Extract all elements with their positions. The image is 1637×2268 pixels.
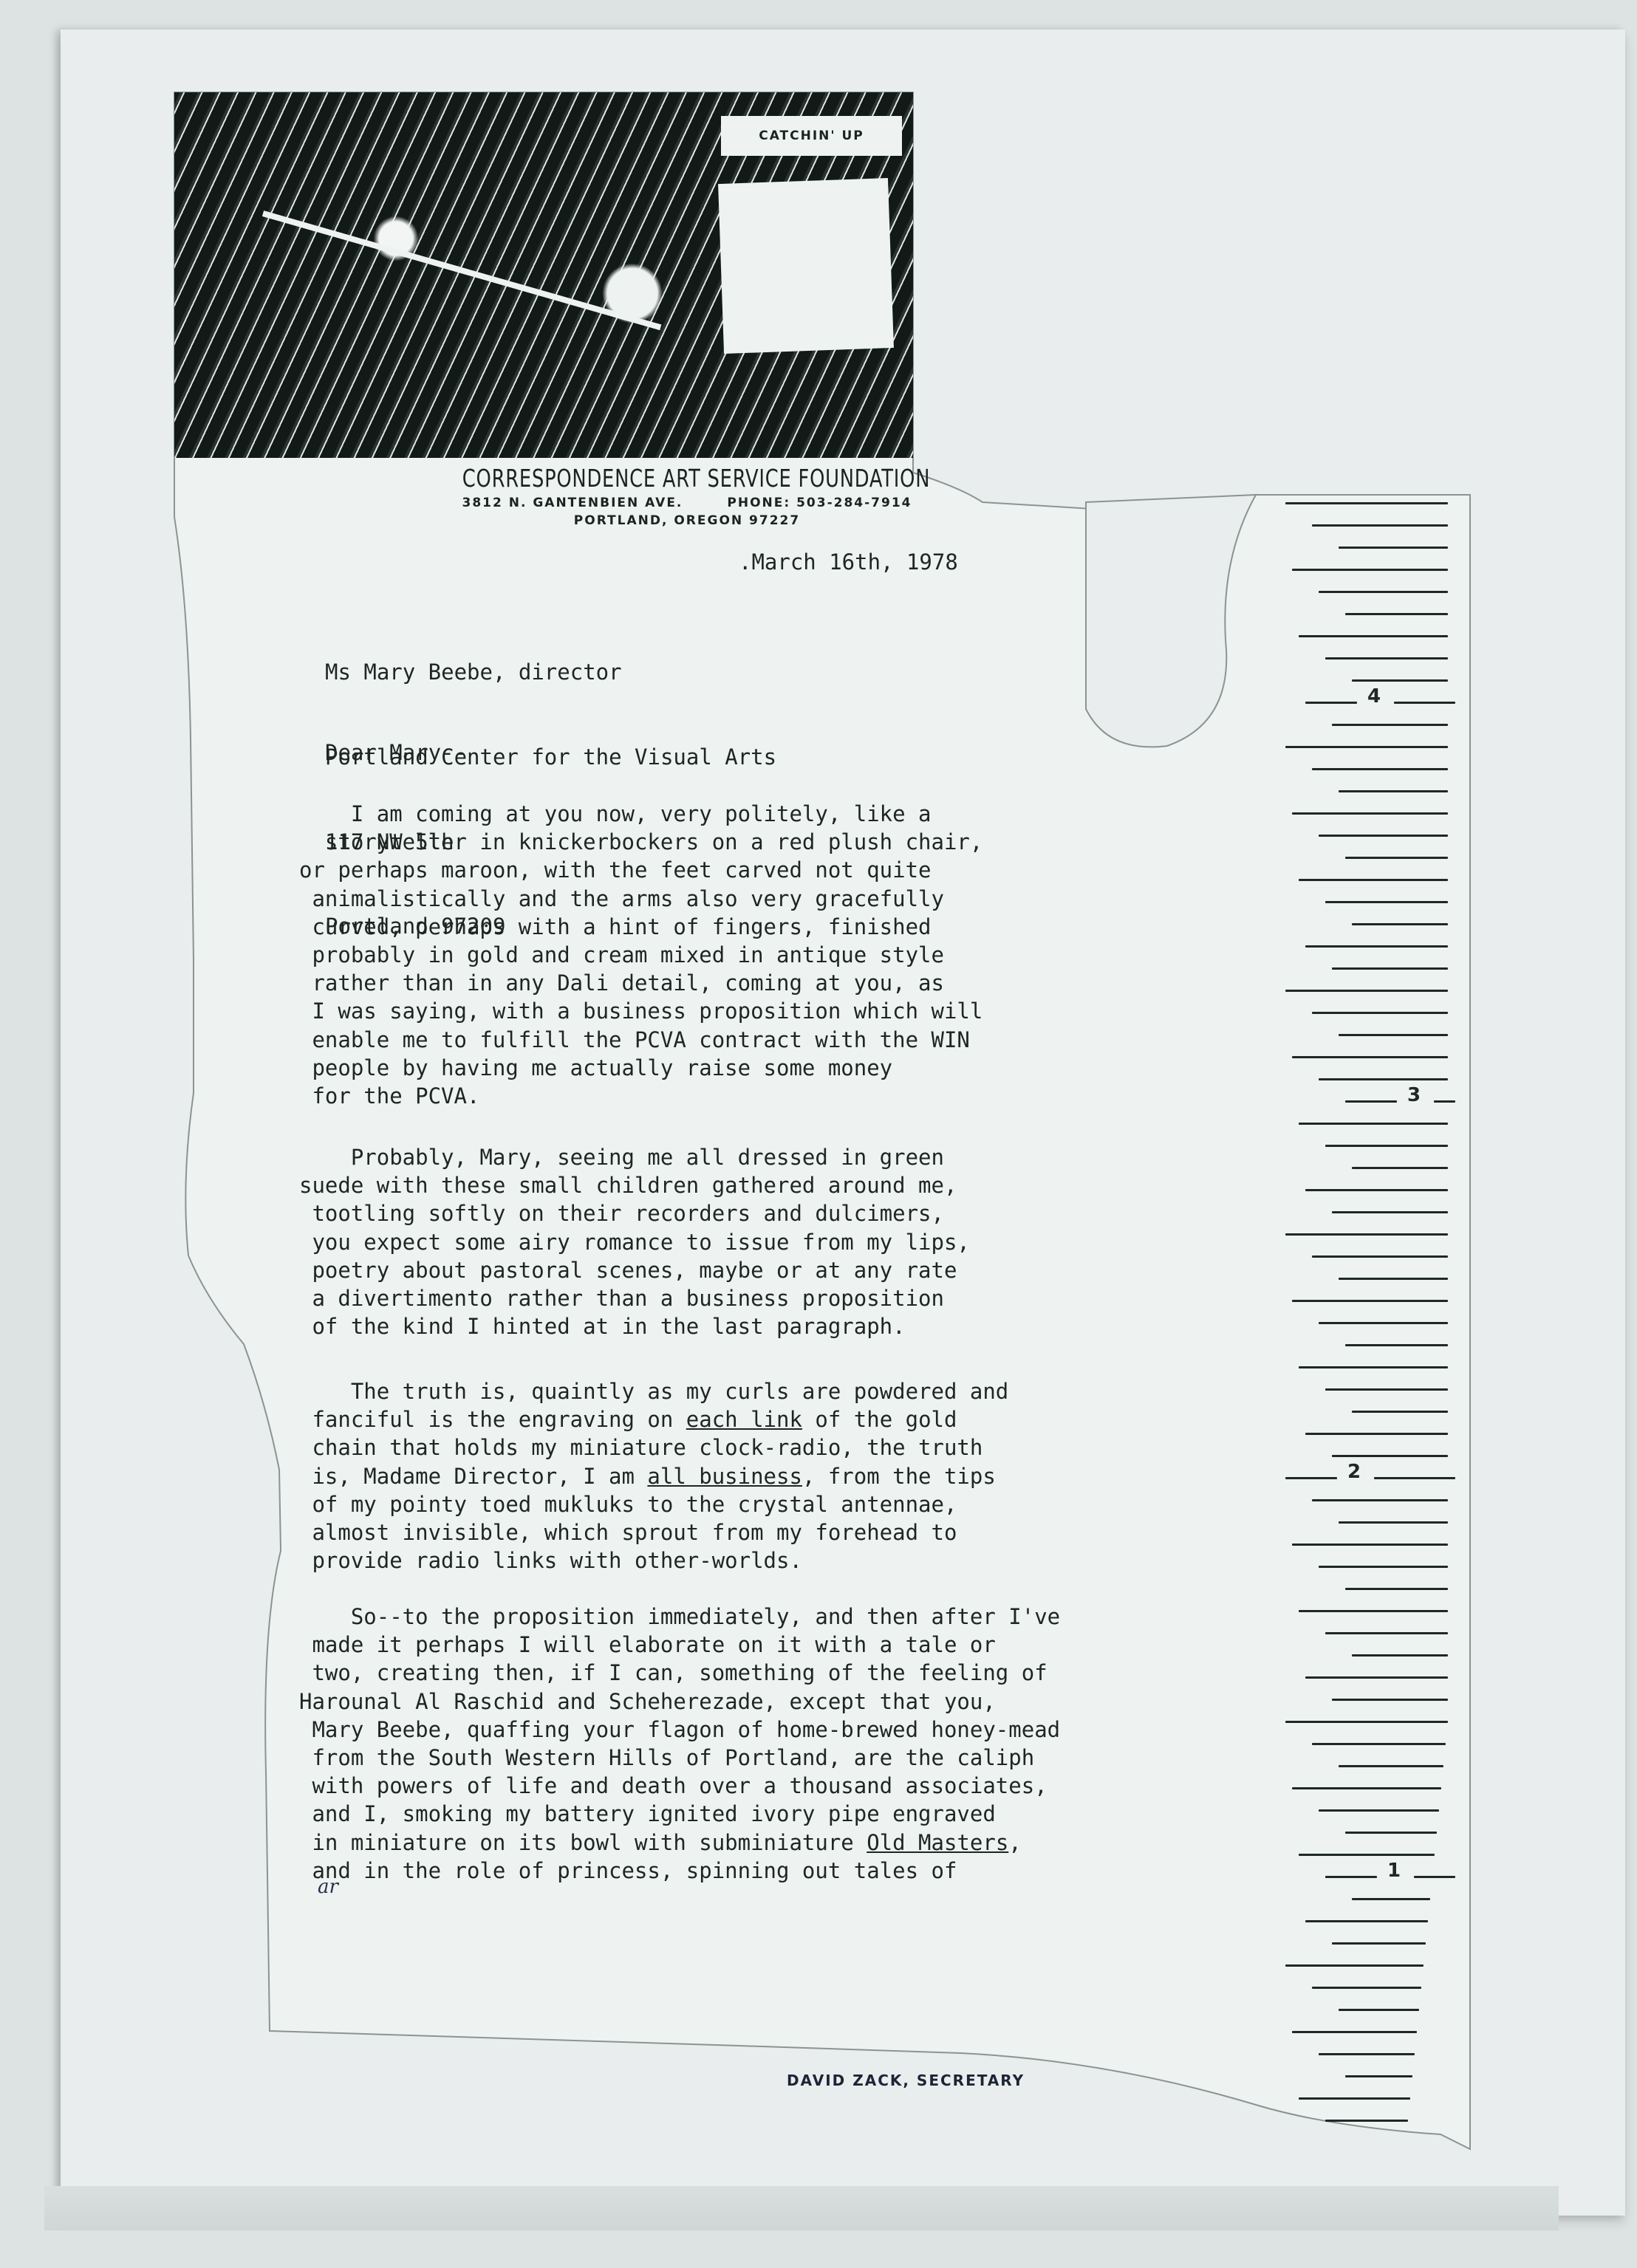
paragraph: So--to the proposition immediately, and … (299, 1603, 1060, 1885)
typed-line: of the kind I hinted at in the last para… (299, 1312, 970, 1340)
organization-name: CORRESPONDENCE ART SERVICE FOUNDATION (462, 464, 912, 493)
typed-line: probably in gold and cream mixed in anti… (299, 941, 982, 969)
ruler-tick (1285, 1964, 1424, 1967)
ruler-tick (1345, 613, 1448, 615)
ruler-tick (1339, 1278, 1448, 1280)
ruler-tick (1339, 2009, 1419, 2011)
typed-line: is, Madame Director, I am all business, … (299, 1462, 1008, 1490)
ruler-tick (1345, 1832, 1437, 1834)
typed-line: chain that holds my miniature clock-radi… (299, 1433, 1008, 1462)
ruler-strip: 4321 (1256, 502, 1463, 2149)
ruler-tick (1339, 1765, 1443, 1767)
ruler-tick (1325, 2120, 1408, 2122)
ruler-tick (1299, 1854, 1435, 1856)
photo-detail (718, 178, 894, 354)
typed-line: Probably, Mary, seeing me all dressed in… (299, 1143, 970, 1171)
typed-line: in miniature on its bowl with subminiatu… (299, 1829, 1060, 1857)
ruler-tick (1285, 1721, 1448, 1723)
ruler-tick (1394, 702, 1455, 704)
ruler-tick (1325, 1145, 1448, 1147)
ruler-tick (1292, 812, 1448, 815)
ruler-tick (1332, 1942, 1426, 1945)
ruler-tick (1325, 1388, 1448, 1391)
ruler-tick (1312, 1499, 1448, 1501)
ruler-tick (1285, 746, 1448, 748)
ruler-tick (1312, 524, 1448, 527)
ruler-tick (1345, 1100, 1397, 1103)
ruler-tick (1332, 967, 1448, 970)
ruler-tick (1345, 1344, 1448, 1346)
ruler-tick (1299, 2097, 1410, 2100)
ruler-tick (1292, 1300, 1448, 1302)
typed-line: curved, perhaps with a hint of fingers, … (299, 913, 982, 941)
ruler-tick (1312, 768, 1448, 770)
ruler-tick (1325, 1876, 1377, 1878)
typed-line: So--to the proposition immediately, and … (299, 1603, 1060, 1631)
typed-line: with powers of life and death over a tho… (299, 1772, 1060, 1800)
ruler-tick (1285, 990, 1448, 992)
ruler-tick (1319, 1322, 1448, 1324)
ruler-tick (1312, 1743, 1446, 1745)
ruler-tick (1332, 1699, 1448, 1701)
letter-collage: CATCHIN' UP CORRESPONDENCE ART SERVICE F… (0, 0, 1637, 2268)
ruler-tick (1292, 569, 1448, 571)
ruler-tick (1319, 1566, 1448, 1568)
photo-detail (262, 210, 662, 330)
typed-line: for the PCVA. (299, 1082, 982, 1110)
ruler-tick (1292, 1544, 1448, 1546)
typed-line: two, creating then, if I can, something … (299, 1659, 1060, 1687)
typed-line: or perhaps maroon, with the feet carved … (299, 856, 982, 884)
ruler-tick (1325, 901, 1448, 903)
typed-line: tootling softly on their recorders and d… (299, 1199, 970, 1227)
ruler-tick (1285, 502, 1448, 504)
ruler-tick (1414, 1876, 1455, 1878)
salutation: Dear Mary-- (325, 739, 467, 767)
photo-caption: CATCHIN' UP (721, 116, 902, 156)
paragraph: The truth is, quaintly as my curls are p… (299, 1377, 1008, 1575)
ruler-tick (1305, 1189, 1448, 1191)
typed-line: fanciful is the engraving on each link o… (299, 1405, 1008, 1433)
ruler-tick (1312, 1012, 1448, 1014)
handwritten-mark: ar (318, 1876, 338, 1898)
ruler-tick (1374, 1477, 1455, 1479)
typed-line: made it perhaps I will elaborate on it w… (299, 1631, 1060, 1659)
ruler-tick (1352, 1654, 1448, 1657)
underlined-phrase: all business (647, 1464, 802, 1489)
ruler-tick (1352, 679, 1448, 682)
city-line: PORTLAND, OREGON 97227 (399, 513, 975, 528)
ruler-number: 1 (1387, 1860, 1401, 1882)
ruler-tick (1339, 790, 1448, 792)
ruler-number: 2 (1347, 1461, 1361, 1483)
ruler-number: 4 (1367, 685, 1381, 708)
ruler-tick (1345, 1588, 1448, 1590)
ruler-tick (1305, 1676, 1448, 1679)
ruler-tick (1319, 1809, 1439, 1812)
typed-line: storyteller in knickerbockers on a red p… (299, 828, 982, 856)
ruler-tick (1285, 1477, 1337, 1479)
ruler-tick (1292, 2031, 1417, 2033)
ruler-tick (1319, 1078, 1448, 1080)
recipient-line: Ms Mary Beebe, director (325, 658, 776, 686)
typed-line: Harounal Al Raschid and Scheherezade, ex… (299, 1688, 1060, 1716)
typed-line: I am coming at you now, very politely, l… (299, 800, 982, 828)
ruler-tick (1352, 1167, 1448, 1169)
ruler-tick (1352, 1898, 1430, 1900)
typed-line: enable me to fulfill the PCVA contract w… (299, 1026, 982, 1054)
ruler-tick (1325, 657, 1448, 659)
typed-line: rather than in any Dali detail, coming a… (299, 969, 982, 997)
ruler-tick (1299, 879, 1448, 881)
typed-line: from the South Western Hills of Portland… (299, 1744, 1060, 1772)
ruler-tick (1339, 1521, 1448, 1524)
letter-date: .March 16th, 1978 (739, 548, 958, 576)
ruler-tick (1319, 835, 1448, 837)
letterhead: CORRESPONDENCE ART SERVICE FOUNDATION 38… (399, 464, 975, 528)
typed-line: animalistically and the arms also very g… (299, 885, 982, 913)
ruler-tick (1345, 857, 1448, 859)
ruler-tick (1312, 1987, 1421, 1989)
typed-line: people by having me actually raise some … (299, 1054, 982, 1082)
ruler-tick (1339, 1034, 1448, 1036)
ruler-tick (1434, 1100, 1455, 1103)
ruler-tick (1305, 702, 1357, 704)
ruler-tick (1305, 945, 1448, 948)
ruler-tick (1285, 1233, 1448, 1236)
underlined-phrase: Old Masters (867, 1830, 1008, 1855)
typed-line: you expect some airy romance to issue fr… (299, 1228, 970, 1256)
ruler-tick (1292, 1787, 1441, 1789)
typed-line: and I, smoking my battery ignited ivory … (299, 1800, 1060, 1828)
paragraph: Probably, Mary, seeing me all dressed in… (299, 1143, 970, 1340)
typed-line: suede with these small children gathered… (299, 1171, 970, 1199)
typed-line: and in the role of princess, spinning ou… (299, 1857, 1060, 1885)
typed-line: provide radio links with other-worlds. (299, 1546, 1008, 1575)
ruler-tick (1299, 1366, 1448, 1368)
ruler-tick (1299, 1610, 1448, 1612)
ruler-tick (1339, 547, 1448, 549)
ruler-tick (1299, 1123, 1448, 1125)
ruler-tick (1332, 724, 1448, 726)
typed-line: The truth is, quaintly as my curls are p… (299, 1377, 1008, 1405)
ruler-number: 3 (1407, 1084, 1421, 1106)
ruler-tick (1312, 1255, 1448, 1258)
ruler-tick (1352, 1411, 1448, 1413)
ruler-tick (1319, 591, 1448, 593)
typed-line: I was saying, with a business propositio… (299, 997, 982, 1025)
ruler-tick (1305, 1920, 1428, 1922)
ruler-tick (1325, 1632, 1448, 1634)
typed-line: a divertimento rather than a business pr… (299, 1284, 970, 1312)
halftone-photo: CATCHIN' UP (174, 92, 913, 458)
typed-line: Mary Beebe, quaffing your flagon of home… (299, 1716, 1060, 1744)
ruler-tick (1352, 923, 1448, 925)
ruler-tick (1305, 1433, 1448, 1435)
address-line: 3812 N. GANTENBIEN AVE.PHONE: 503-284-79… (399, 496, 975, 510)
ruler-tick (1345, 2075, 1412, 2077)
paragraph: I am coming at you now, very politely, l… (299, 800, 982, 1110)
ruler-tick (1332, 1211, 1448, 1213)
ruler-tick (1299, 635, 1448, 637)
typed-line: almost invisible, which sprout from my f… (299, 1518, 1008, 1546)
street-address: 3812 N. GANTENBIEN AVE. (462, 496, 683, 510)
ruler-tick (1319, 2053, 1415, 2055)
typed-line: of my pointy toed mukluks to the crystal… (299, 1490, 1008, 1518)
signature: DAVID ZACK, SECRETARY (787, 2072, 1025, 2089)
phone-number: PHONE: 503-284-7914 (727, 496, 912, 510)
ruler-tick (1292, 1056, 1448, 1058)
underlined-phrase: each link (686, 1407, 802, 1432)
typed-line: poetry about pastoral scenes, maybe or a… (299, 1256, 970, 1284)
ruler-tick (1332, 1455, 1448, 1457)
